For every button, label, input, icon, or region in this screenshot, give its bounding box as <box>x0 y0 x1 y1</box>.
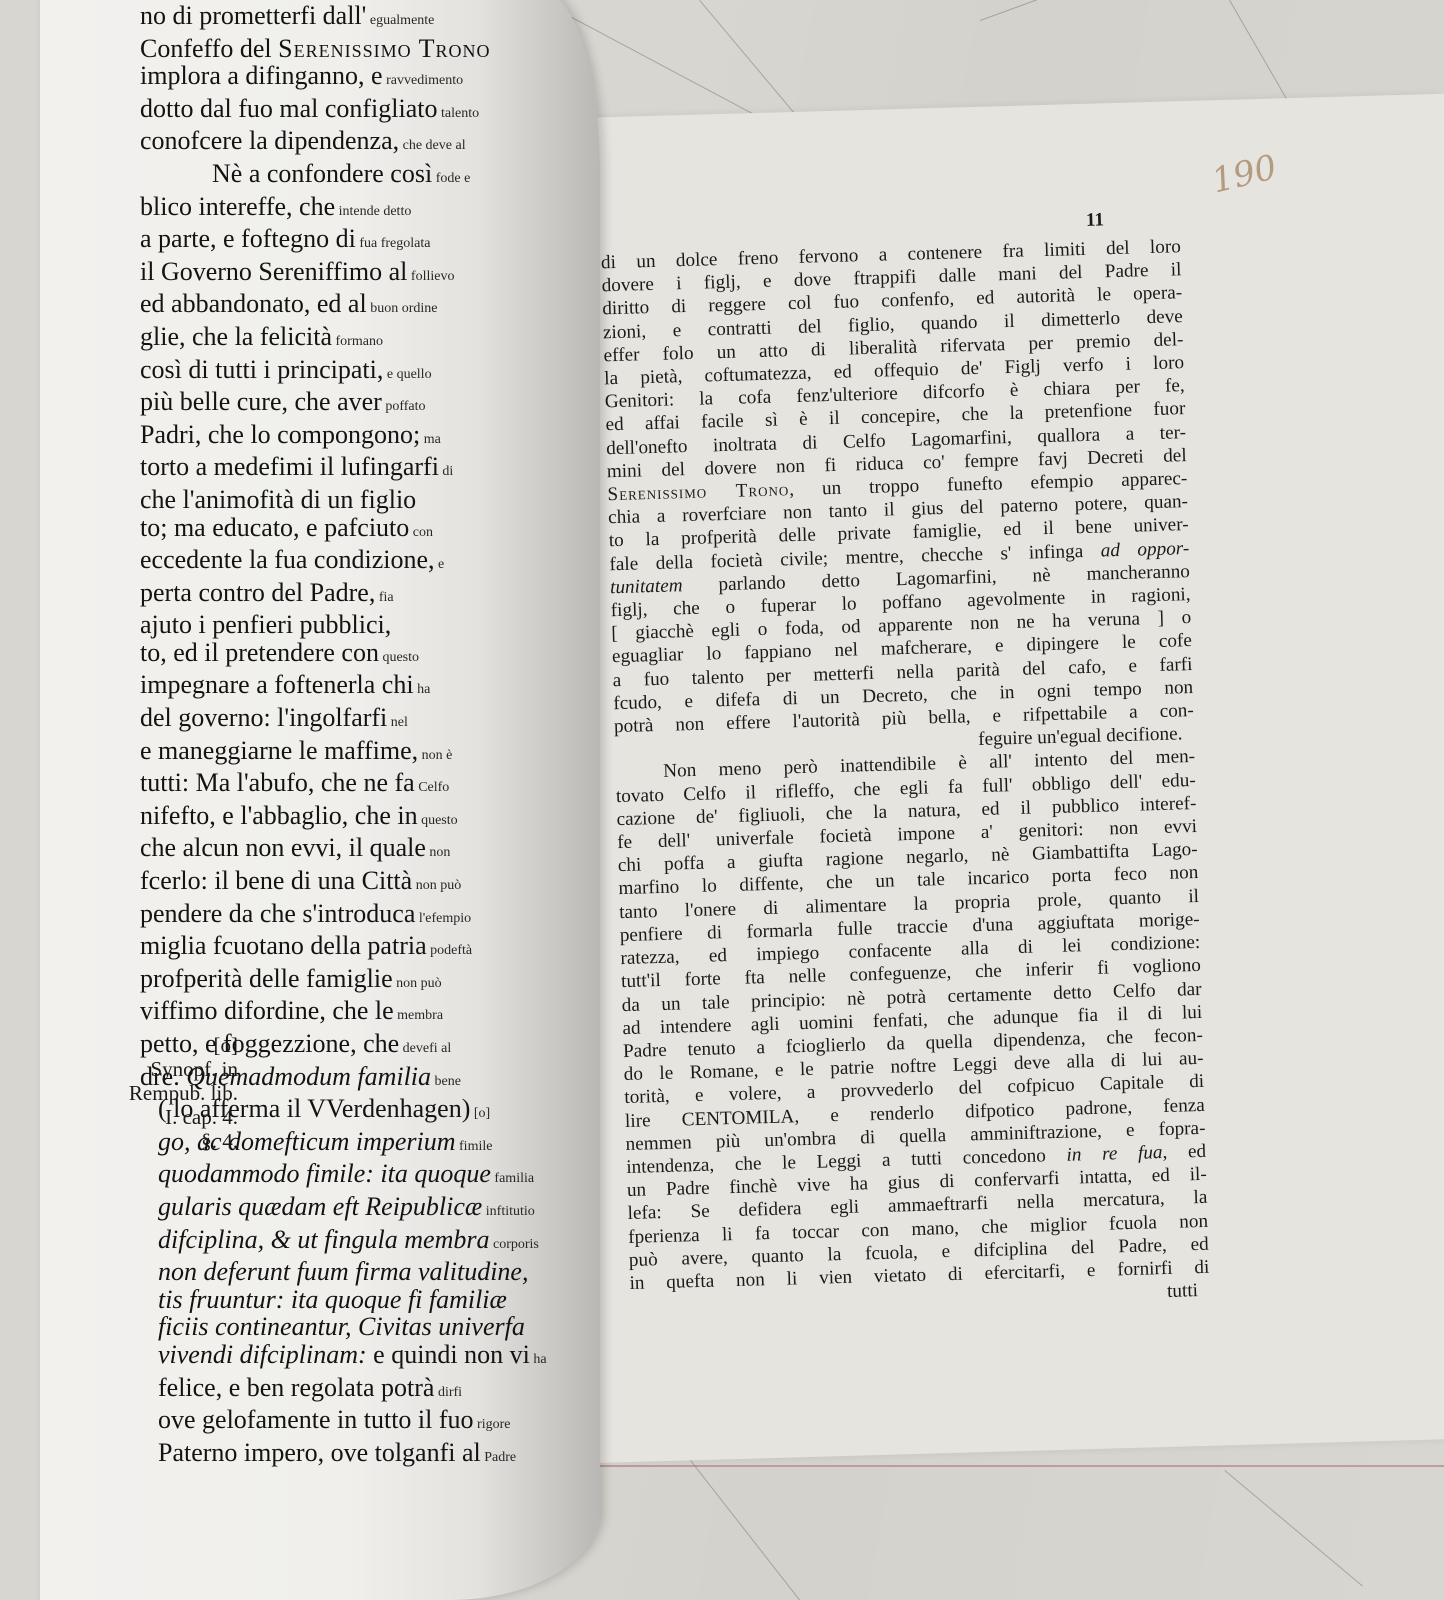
text-line: glie, che la felicità formano <box>140 323 600 356</box>
margin-note-line: Rempub. lib. <box>88 1081 238 1105</box>
text-run: ajuto i penfieri pubblici, <box>140 611 391 639</box>
gutter-text: non può <box>393 976 442 991</box>
text-run: pendere da che s'introduca <box>140 900 415 928</box>
gutter-text: fode e <box>432 171 470 186</box>
italic-run: gularis quædam eft Reipublicæ <box>158 1193 482 1221</box>
gutter-text: che deve al <box>399 138 465 153</box>
italic-run: tunitatem <box>610 575 683 598</box>
text-line: pendere da che s'introduca l'efempio <box>140 900 600 933</box>
text-line: e maneggiarne le maffime, non è <box>140 737 600 770</box>
text-run: miglia fcuotano della patria <box>140 932 427 960</box>
italic-run: quodammodo fimile: ita quoque <box>158 1160 491 1188</box>
margin-note-line: I. cap. 4. <box>88 1105 238 1129</box>
gutter-text: ha <box>530 1352 547 1367</box>
right-page: 190 11 di un dolce freno fervono a conte… <box>505 94 1444 1465</box>
italic-run: ficiis contineantur, Civitas univerfa <box>158 1313 525 1341</box>
text-line: tutti: Ma l'abufo, che ne fa Celfo <box>140 769 600 802</box>
text-line: tis fruuntur: ita quoque fi familiæ <box>140 1286 600 1314</box>
italic-run: ad oppor- <box>1100 538 1189 561</box>
gutter-text: fimile <box>456 1139 493 1154</box>
gutter-text: e <box>435 557 445 572</box>
gutter-text: rigore <box>474 1417 511 1432</box>
gutter-text: buon ordine <box>367 301 438 316</box>
text-run: nifefto, e l'abbaglio, che in <box>140 802 418 830</box>
text-run: fcerlo: il bene di una Città <box>140 867 412 895</box>
pencil-annotation: 190 <box>1208 147 1280 201</box>
margin-note-line: Synopf. in <box>88 1057 238 1081</box>
text-line: non deferunt fuum firma valitudine, <box>140 1258 600 1286</box>
text-line: Padri, che lo compongono; ma <box>140 421 600 454</box>
red-rule-line <box>600 1465 1444 1467</box>
gutter-text: l'efempio <box>415 911 471 926</box>
text-line: miglia fcuotano della patria podeftà <box>140 932 600 965</box>
gutter-text: bene <box>431 1074 461 1089</box>
text-line: eccedente la fua condizione, e <box>140 546 600 579</box>
text-run: torto a medefimi il lufingarfi <box>140 453 439 481</box>
text-line: torto a medefimi il lufingarfi di <box>140 453 600 486</box>
gutter-text: nel <box>387 715 408 730</box>
text-run: così di tutti i principati, <box>140 356 383 384</box>
text-line: che l'animofità di un figlio <box>140 486 600 514</box>
text-line: no di prometterfi dall' egualmente <box>140 2 600 35</box>
small-caps-run: Serenissimo Trono <box>278 35 490 63</box>
text-line: impegnare a foftenerla chi ha <box>140 671 600 704</box>
text-line: difciplina, & ut fingula membra corporis <box>140 1226 600 1259</box>
text-line: che alcun non evvi, il quale non <box>140 834 600 867</box>
gutter-text: e quello <box>383 367 431 382</box>
text-line: perta contro del Padre, fia <box>140 579 600 612</box>
text-run: Paterno impero, ove tolganfi al <box>158 1439 481 1467</box>
page-number: 11 <box>1086 209 1105 231</box>
text-run: impegnare a foftenerla chi <box>140 671 414 699</box>
gutter-text: intende detto <box>335 204 411 219</box>
text-line: Nè a confondere così fode e <box>140 160 600 193</box>
text-run: ove gelofamente in tutto il fuo <box>158 1406 474 1434</box>
text-run: eccedente la fua condizione, <box>140 546 435 574</box>
text-run: viffimo difordine, che le <box>140 997 394 1025</box>
gutter-text: devefi al <box>399 1041 451 1056</box>
text-run: Padri, che lo compongono; <box>140 421 420 449</box>
text-run: blico intereffe, che <box>140 193 335 221</box>
text-line: to, ed il pretendere con questo <box>140 639 600 672</box>
text-run: dotto dal fuo mal configliato <box>140 95 438 123</box>
text-line: Paterno impero, ove tolganfi al Padre <box>140 1439 600 1472</box>
margin-note-line: [o] <box>88 1033 238 1057</box>
gutter-text: Padre <box>481 1450 516 1465</box>
text-line: così di tutti i principati, e quello <box>140 356 600 389</box>
italic-run: non deferunt fuum firma valitudine, <box>158 1258 528 1286</box>
text-line: implora a difinganno, e ravvedimento <box>140 62 600 95</box>
gutter-text: questo <box>379 650 419 665</box>
text-line: profperità delle famiglie non può <box>140 965 600 998</box>
text-line: ove gelofamente in tutto il fuo rigore <box>140 1406 600 1439</box>
gutter-text: dirfi <box>434 1385 462 1400</box>
text-run: Confeffo del <box>140 35 278 63</box>
right-page-body: di un dolce freno fervono a contenere fr… <box>601 235 1211 1318</box>
text-run: e quindi non vi <box>367 1341 530 1369</box>
text-run: conofcere la dipendenza, <box>140 127 399 155</box>
gutter-text: podeftà <box>427 943 472 958</box>
text-run: ed abbandonato, ed al <box>140 290 367 318</box>
italic-run: difciplina, & ut fingula membra <box>158 1226 490 1254</box>
text-run: perta contro del Padre, <box>140 579 375 607</box>
margin-note-line: §. 4. <box>88 1129 238 1153</box>
text-run: glie, che la felicità <box>140 323 332 351</box>
text-line: vivendi difciplinam: e quindi non vi ha <box>140 1341 600 1374</box>
text-line: conofcere la dipendenza, che deve al <box>140 127 600 160</box>
text-run: profperità delle famiglie <box>140 965 393 993</box>
text-line: ed abbandonato, ed al buon ordine <box>140 290 600 323</box>
text-line: dotto dal fuo mal configliato talento <box>140 95 600 128</box>
text-line: a parte, e foftegno di fua fregolata <box>140 225 600 258</box>
text-line: quodammodo fimile: ita quoque familia <box>140 1160 600 1193</box>
gutter-text: questo <box>418 813 458 828</box>
text-run: che alcun non evvi, il quale <box>140 834 426 862</box>
text-run: a parte, e foftegno di <box>140 225 356 253</box>
gutter-text: poffato <box>382 399 426 414</box>
text-run: il Governo Sereniffimo al <box>140 258 407 286</box>
gutter-text: non è <box>418 748 452 763</box>
text-run: tutti: Ma l'abufo, che ne fa <box>140 769 415 797</box>
gutter-text: [o] <box>470 1106 490 1121</box>
text-line: il Governo Sereniffimo al follievo <box>140 258 600 291</box>
italic-run: tis fruuntur: ita quoque fi familiæ <box>158 1286 507 1314</box>
gutter-text: fua fregolata <box>356 236 431 251</box>
gutter-text: ha <box>414 682 431 697</box>
gutter-text: non può <box>412 878 461 893</box>
italic-run: vivendi difciplinam: <box>158 1341 367 1369</box>
text-line: più belle cure, che aver poffato <box>140 388 600 421</box>
gutter-text: non <box>426 845 451 860</box>
text-line: fcerlo: il bene di una Città non può <box>140 867 600 900</box>
text-line: Confeffo del Serenissimo Trono <box>140 35 600 63</box>
text-line: to; ma educato, e pafciuto con <box>140 514 600 547</box>
text-line: blico intereffe, che intende detto <box>140 193 600 226</box>
gutter-text: fia <box>375 590 393 605</box>
text-run: to; ma educato, e pafciuto <box>140 514 409 542</box>
text-run: implora a difinganno, e <box>140 62 383 90</box>
gutter-text: formano <box>332 334 383 349</box>
gutter-text: con <box>409 525 433 540</box>
text-run: , ed <box>1162 1141 1206 1163</box>
text-run: del governo: l'ingolfarfi <box>140 704 387 732</box>
text-line: nifefto, e l'abbaglio, che in questo <box>140 802 600 835</box>
gutter-text: membra <box>394 1008 443 1023</box>
text-run: più belle cure, che aver <box>140 388 382 416</box>
text-run: Nè a confondere così <box>212 160 432 188</box>
gutter-text: talento <box>438 106 480 121</box>
text-run: to, ed il pretendere con <box>140 639 379 667</box>
gutter-text: egualmente <box>366 13 434 28</box>
gutter-text: ravvedimento <box>383 73 463 88</box>
left-page: no di prometterfi dall' egualmenteConfef… <box>40 0 600 1600</box>
italic-run: in re fua <box>1066 1142 1163 1166</box>
text-line: ajuto i penfieri pubblici, <box>140 611 600 639</box>
text-run: che l'animofità di un figlio <box>140 486 416 514</box>
gutter-text: corporis <box>490 1237 539 1252</box>
left-page-body: no di prometterfi dall' egualmenteConfef… <box>140 2 600 1471</box>
text-line: felice, e ben regolata potrà dirfi <box>140 1374 600 1407</box>
gutter-text: familia <box>491 1171 534 1186</box>
gutter-text: Celfo <box>415 780 450 795</box>
text-run: e maneggiarne le maffime, <box>140 737 418 765</box>
text-line: del governo: l'ingolfarfi nel <box>140 704 600 737</box>
text-run: no di prometterfi dall' <box>140 2 366 30</box>
text-line: ficiis contineantur, Civitas univerfa <box>140 1313 600 1341</box>
text-line: gularis quædam eft Reipublicæ inftitutio <box>140 1193 600 1226</box>
gutter-text: inftitutio <box>482 1204 535 1219</box>
gutter-text: ma <box>420 432 441 447</box>
gutter-text: di <box>439 464 453 479</box>
gutter-text: follievo <box>407 269 454 284</box>
text-line: viffimo difordine, che le membra <box>140 997 600 1030</box>
text-run: felice, e ben regolata potrà <box>158 1374 434 1402</box>
margin-footnote: [o]Synopf. inRempub. lib.I. cap. 4.§. 4. <box>88 1033 238 1153</box>
